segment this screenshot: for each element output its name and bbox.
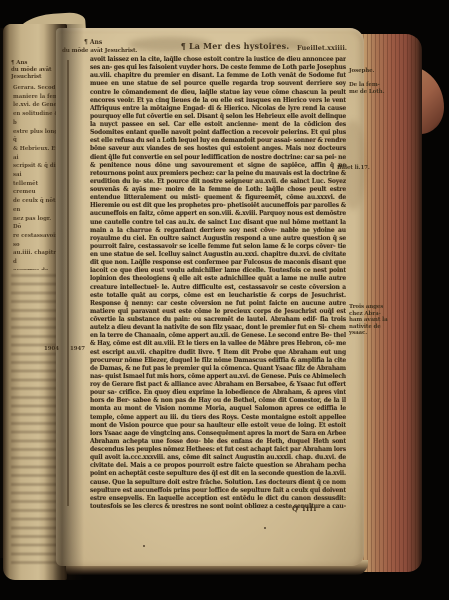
signature-mark: Q iiii: [292, 504, 317, 513]
folio-number: Fueillet.xxiiii.: [297, 44, 347, 52]
chronology-date-right: 1947: [70, 346, 85, 352]
left-page-text-fragments: Gerara. Secōd maniere la fem le.xvi. de …: [13, 84, 61, 270]
chronology-date-left: 1904: [44, 346, 59, 352]
ink-speck: [143, 545, 145, 547]
body-text: avoit laissez en la cite, laq̄lle chose …: [90, 56, 346, 508]
ink-speck: [264, 527, 266, 529]
fore-edge-page-block: [356, 34, 422, 572]
margin-note-citation: Balet li.17.: [337, 165, 385, 172]
margin-note-josephe: Josephe.: [349, 68, 397, 75]
running-header-title: ¶ La Mer des hystoires.: [155, 41, 315, 51]
margin-note-femme-de-loth: De la fem- me de Loth.: [349, 82, 397, 95]
book-photo: ¶ Ans du mōde avāt Jesuchrist Gerara. Se…: [0, 0, 449, 600]
margin-note-trois-anges: Trois anges chez Abra- ham avant la nati…: [349, 304, 397, 337]
left-page-blurred-lines: [11, 274, 57, 570]
page-crease-line: [67, 60, 69, 506]
running-header-left-line1: ¶ Ans: [84, 39, 102, 46]
